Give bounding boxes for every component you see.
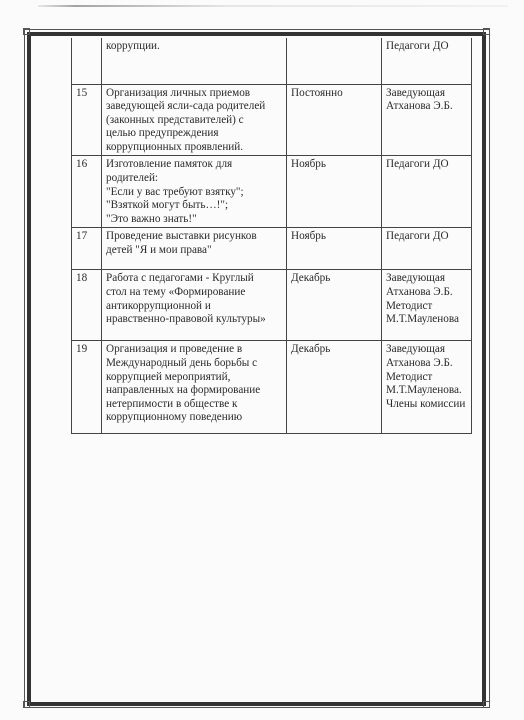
activity-text-line: "Это важно знать!" xyxy=(106,213,282,227)
responsible-cell: ЗаведующаяАтханова Э.Б.МетодистМ.Т.Мауле… xyxy=(382,270,472,341)
responsible-cell: Педагоги ДО xyxy=(382,38,472,84)
responsible-cell: ЗаведующаяАтханова Э.Б. xyxy=(382,84,472,156)
activity-text-line: (законных представителей) с xyxy=(106,114,282,128)
responsible-text-line: Методист xyxy=(386,371,467,385)
responsible-text-line: Заведующая xyxy=(386,87,467,101)
responsible-text-line: Члены комиссии xyxy=(386,398,467,412)
activity-text-line: Проведение выставки рисунков xyxy=(106,230,282,244)
activity-text-line: родителей: xyxy=(106,172,282,186)
activity-text-line: нравственно-правовой культуры» xyxy=(106,313,282,327)
responsible-text-line: М.Т.Мауленова xyxy=(386,313,467,327)
activity-text-line: коррупцией мероприятий, xyxy=(106,371,282,385)
activity-text-line: Организация и проведение в xyxy=(106,343,282,357)
responsible-text-line: Заведующая xyxy=(386,343,467,357)
activity-text-line: нетерпимости в обществе к xyxy=(106,398,282,412)
activity-text-line: коррупции. xyxy=(106,40,282,54)
activity-cell: Организация и проведение вМеждународный … xyxy=(102,341,287,434)
responsible-text-line: Педагоги ДО xyxy=(386,158,467,172)
activity-text-line: целью предупреждения xyxy=(106,127,282,141)
responsible-text-line: Заведующая xyxy=(386,272,467,286)
activity-text-line: "Если у вас требуют взятку"; xyxy=(106,186,282,200)
frame-corner-ornament xyxy=(483,701,490,708)
row-number: 17 xyxy=(72,228,102,270)
activity-text-line: детей "Я и мои права" xyxy=(106,244,282,258)
table-row: 18Работа с педагогами - Круглыйстол на т… xyxy=(72,270,472,341)
frame-corner-ornament xyxy=(23,701,30,708)
responsible-text-line: Атханова Э.Б. xyxy=(386,357,467,371)
deadline-cell: Декабрь xyxy=(287,341,382,434)
scan-edge-shadow xyxy=(38,5,508,7)
table-row: 17Проведение выставки рисунковдетей "Я и… xyxy=(72,228,472,270)
responsible-text-line: Методист xyxy=(386,300,467,314)
activity-text-line: коррупционному поведению xyxy=(106,411,282,425)
row-number: 16 xyxy=(72,156,102,228)
row-number: 15 xyxy=(72,84,102,156)
activity-cell: коррупции. xyxy=(102,38,287,84)
table-row: 19Организация и проведение вМеждународны… xyxy=(72,341,472,434)
deadline-cell: Ноябрь xyxy=(287,228,382,270)
activity-cell: Организация личных приемовзаведующей ясл… xyxy=(102,84,287,156)
deadline-cell: Постоянно xyxy=(287,84,382,156)
responsible-text-line: М.Т.Мауленова. xyxy=(386,384,467,398)
activity-text-line: направленных на формирование xyxy=(106,384,282,398)
activity-text-line: антикоррупционной и xyxy=(106,300,282,314)
frame-corner-ornament xyxy=(483,28,490,35)
activity-text-line: "Взяткой могут быть…!"; xyxy=(106,199,282,213)
activity-text-line: Изготовление памяток для xyxy=(106,158,282,172)
responsible-cell: Педагоги ДО xyxy=(382,228,472,270)
activity-text-line: Работа с педагогами - Круглый xyxy=(106,272,282,286)
responsible-text-line: Атханова Э.Б. xyxy=(386,100,467,114)
activity-cell: Работа с педагогами - Круглыйстол на тем… xyxy=(102,270,287,341)
deadline-cell: Декабрь xyxy=(287,270,382,341)
row-number: 19 xyxy=(72,341,102,434)
responsible-text-line: Педагоги ДО xyxy=(386,230,467,244)
row-number xyxy=(72,38,102,84)
deadline-cell: Ноябрь xyxy=(287,156,382,228)
activity-text-line: коррупционных проявлений. xyxy=(106,141,282,155)
table-row: 15Организация личных приемовзаведующей я… xyxy=(72,84,472,156)
deadline-cell xyxy=(287,38,382,84)
row-number: 18 xyxy=(72,270,102,341)
responsible-text-line: Педагоги ДО xyxy=(386,40,467,54)
activity-cell: Изготовление памяток дляродителей:"Если … xyxy=(102,156,287,228)
responsible-cell: ЗаведующаяАтханова Э.Б.МетодистМ.Т.Мауле… xyxy=(382,341,472,434)
responsible-cell: Педагоги ДО xyxy=(382,156,472,228)
activity-cell: Проведение выставки рисунковдетей "Я и м… xyxy=(102,228,287,270)
anticorruption-plan-table: коррупции.Педагоги ДО15Организация личны… xyxy=(71,38,472,434)
responsible-text-line: Атханова Э.Б. xyxy=(386,286,467,300)
activity-text-line: стол на тему «Формирование xyxy=(106,286,282,300)
frame-corner-ornament xyxy=(23,28,30,35)
activity-text-line: Организация личных приемов xyxy=(106,87,282,101)
activity-text-line: Международный день борьбы с xyxy=(106,357,282,371)
activity-text-line: заведующей ясли-сада родителей xyxy=(106,100,282,114)
table-row: 16Изготовление памяток дляродителей:"Есл… xyxy=(72,156,472,228)
table-row: коррупции.Педагоги ДО xyxy=(72,38,472,84)
